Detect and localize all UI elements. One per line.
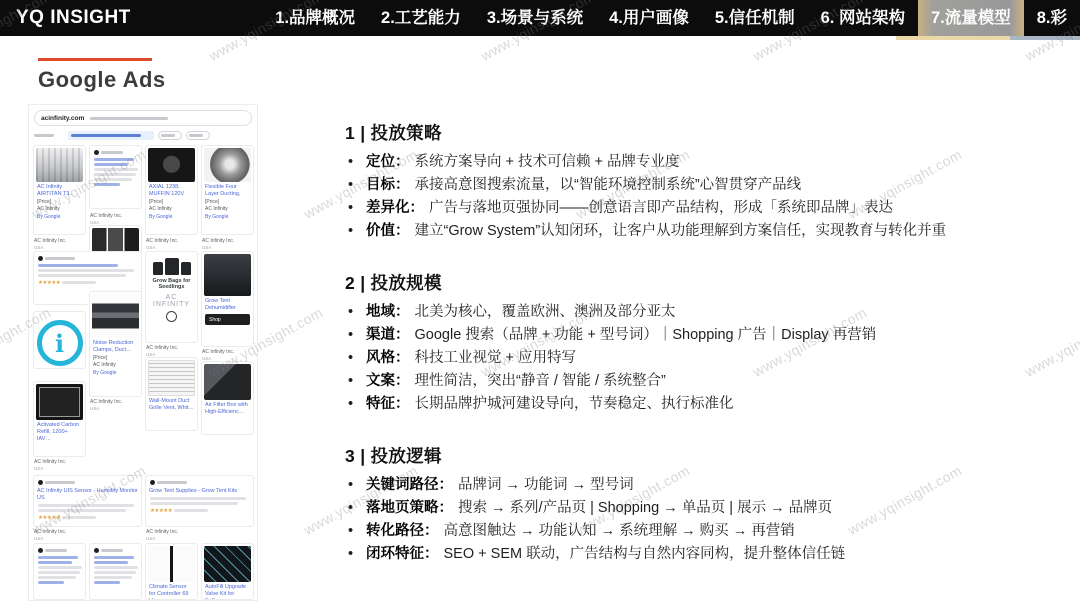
advertiser-name: AC Infinity Inc. <box>202 349 234 356</box>
brand-name: AC INFINITY <box>148 294 195 308</box>
ad-price: [Price] <box>149 199 194 206</box>
text-line <box>45 257 75 260</box>
text-line <box>94 561 128 564</box>
ad-header-row <box>150 479 249 486</box>
advertiser-avatar <box>38 548 43 553</box>
bullet-list: • 地域： 北美为核心，覆盖欧洲、澳洲及部分亚太 • 渠道： Google 搜索… <box>345 301 1017 416</box>
bullet-label: 闭环特征： <box>366 543 439 566</box>
shop-button[interactable]: Shop <box>205 314 250 325</box>
text-line <box>94 576 132 579</box>
bullet-label: 地域： <box>366 301 410 324</box>
bullet-item: • 转化路径： 高意图触达 → 功能认知 → 系统理解 → 购买 → 再营销 <box>345 520 1017 543</box>
nav-item-label: 8.彩 <box>1037 9 1067 27</box>
text-line <box>45 481 75 484</box>
ad-title-link[interactable]: Grow Tent Dehumidifier <box>205 298 250 312</box>
ad-title-link[interactable]: AC Infinity AIRTITAN T3.. <box>37 184 82 198</box>
ad-card-wallmount[interactable]: Wall-Mount Duct Grille Vent, Whit… <box>145 357 198 431</box>
nav-item[interactable]: 4.用户画像 <box>596 0 702 36</box>
text-line <box>101 151 123 154</box>
google-ads-screenshot-panel: acinfinity.com AC Infinity AIRTITAN T3..… <box>28 104 258 601</box>
advertiser-name: AC Infinity Inc. <box>202 238 234 245</box>
bullet-label: 差异化： <box>366 197 424 220</box>
brand-caption: Grow Bags for Seedlings <box>148 278 195 290</box>
grow-bag-shape <box>153 262 163 275</box>
ad-product-image <box>204 254 251 296</box>
text-line <box>101 549 123 552</box>
advertiser-region: USA <box>146 352 178 359</box>
bullet-list: • 定位： 系统方案导向 + 技术可信赖 + 品牌专业度 • 目标： 承接高意图… <box>345 151 1017 243</box>
ad-header-row <box>38 547 81 554</box>
ad-footer: AC Infinity Inc.USA <box>90 399 122 412</box>
ad-product-image <box>204 148 251 182</box>
ad-advertiser: AC Infinity <box>93 362 138 369</box>
grow-bag-shape <box>181 262 191 275</box>
grow-bag-shape <box>165 258 179 275</box>
text-line <box>174 509 208 512</box>
section-heading: 3 | 投放逻辑 <box>345 443 1017 468</box>
watermark-text: www.yqinsight.com <box>1022 304 1080 380</box>
ad-footer: AC Infinity Inc.USA <box>146 238 178 251</box>
brand-logo: YQ INSIGHT <box>16 7 131 29</box>
ad-footer: AC Infinity Inc.USA <box>146 345 178 358</box>
text-line <box>94 581 120 584</box>
nav-item-label: 7.流量模型 <box>931 9 1011 27</box>
bullet-text: 广告与落地页强协同——创意语言即产品结构，形成「系统即品牌」表达 <box>429 197 893 220</box>
ad-title-link[interactable]: Flexible Four Layer Ducting, 2… <box>205 184 250 198</box>
bullet-text: SEO + SEM 联动，广告结构与自然内容同构，提升整体信任链 <box>444 543 846 566</box>
text-line <box>38 504 134 507</box>
ad-card-carbon[interactable]: Activated Carbon Refill, 1200+ IAV… <box>33 381 86 457</box>
section-heading: 1 | 投放策略 <box>345 120 1017 145</box>
ad-by-google: By Google <box>93 370 138 377</box>
ad-title-link[interactable]: Activated Carbon Refill, 1200+ IAV… <box>37 422 82 443</box>
text-line <box>94 178 132 181</box>
text-line <box>94 158 134 161</box>
advertiser-region: USA <box>146 536 178 543</box>
bullet-label: 特征： <box>366 393 410 416</box>
bullet-text: 北美为核心，覆盖欧洲、澳洲及部分亚太 <box>415 301 676 324</box>
ad-card-dehumidifier[interactable]: Grow Tent DehumidifierShop <box>201 251 254 347</box>
ads-filter-toolbar <box>34 129 252 141</box>
top-navbar: YQ INSIGHT 1.品牌概况 2.工艺能力 3.场景与系统 4.用户画像 <box>0 0 1080 36</box>
ad-title-link[interactable]: Wall-Mount Duct Grille Vent, Whit… <box>149 398 194 412</box>
nav-item-label: 5.信任机制 <box>715 9 795 27</box>
advertiser-avatar <box>38 480 43 485</box>
ad-product-image <box>148 546 195 582</box>
ad-title-link[interactable]: Air Filter Box with High-Efficienc… <box>205 402 250 416</box>
ad-price: [Price] <box>205 199 250 206</box>
ad-by-google: By Google <box>205 214 250 221</box>
advertiser-region: USA <box>90 220 122 227</box>
bullet-label: 文案： <box>366 370 410 393</box>
nav-item-label: 4.用户画像 <box>609 9 689 27</box>
ad-product-image <box>204 546 251 582</box>
nav-item[interactable]: 1.品牌概况 <box>262 0 368 36</box>
text-line <box>38 556 78 559</box>
bullet-item: • 风格： 科技工业视觉 + 应用特写 <box>345 347 1017 370</box>
ad-card-growkits[interactable]: Grow Tent Supplies - Grow Tent Kits★★★★★ <box>145 475 254 527</box>
advertiser-avatar <box>150 480 155 485</box>
nav-item[interactable]: 7.流量模型 <box>918 0 1024 36</box>
text-line <box>38 274 126 277</box>
advertiser-name: AC Infinity Inc. <box>146 529 178 536</box>
ad-card-ducting[interactable]: Flexible Four Layer Ducting, 2…[Price]AC… <box>201 145 254 235</box>
bullet-item: • 目标： 承接高意图搜索流量，以“智能环境控制系统”心智贯穿产品线 <box>345 174 1017 197</box>
bullet-text: 科技工业视觉 + 应用特写 <box>415 347 577 370</box>
ad-card-textad1[interactable] <box>89 145 142 209</box>
section-scale: 2 | 投放规模 • 地域： 北美为核心，覆盖欧洲、澳洲及部分亚太 • 渠道： … <box>345 270 1017 416</box>
ad-title-link[interactable]: AXIAL 1238, MUFFIN 120V AC… <box>149 184 194 198</box>
text-line <box>38 576 76 579</box>
advertiser-region: USA <box>202 245 234 252</box>
text-line <box>38 571 80 574</box>
bullet-item: • 价值： 建立“Grow System”认知闭环，让客户从功能理解到方案信任，… <box>345 220 1017 243</box>
section-logic: 3 | 投放逻辑 • 关键词路径： 品牌词 → 功能词 → 型号词 • 落地页策… <box>345 443 1017 566</box>
bullet-text: 高意图触达 → 功能认知 → 系统理解 → 购买 → 再营销 <box>444 520 795 543</box>
text-line <box>38 566 82 569</box>
bullet-item: • 关键词路径： 品牌词 → 功能词 → 型号词 <box>345 474 1017 497</box>
ad-footer: AC Infinity Inc.USA <box>34 529 66 542</box>
text-line <box>94 556 134 559</box>
star-rating: ★★★★★ <box>150 508 172 514</box>
bullet-label: 落地页策略： <box>366 497 453 520</box>
ad-title-link[interactable]: Climate Sensor for Controller 69 H… <box>149 584 194 600</box>
text-line <box>62 281 96 284</box>
text-line <box>38 509 126 512</box>
advertiser-avatar <box>94 548 99 553</box>
ad-product-image <box>148 360 195 396</box>
ad-card-textad3[interactable] <box>89 543 142 600</box>
bullet-marker: • <box>345 347 366 370</box>
star-rating: ★★★★★ <box>38 280 60 286</box>
ad-card-brand[interactable]: Grow Bags for SeedlingsAC INFINITY <box>145 251 198 343</box>
ad-rating-row: ★★★★★ <box>150 507 249 514</box>
advertiser-region: USA <box>202 356 234 363</box>
bullet-text: 长期品牌护城河建设导向，节奏稳定、执行标准化 <box>415 393 734 416</box>
ad-footer: AC Infinity Inc.USA <box>202 349 234 362</box>
sort-dropdown[interactable] <box>186 131 210 140</box>
bullet-item: • 特征： 长期品牌护城河建设导向，节奏稳定、执行标准化 <box>345 393 1017 416</box>
ad-footer: AC Infinity Inc.USA <box>90 213 122 226</box>
bullet-item: • 渠道： Google 搜索（品牌 + 功能 + 型号词）｜Shopping … <box>345 324 1017 347</box>
nav-highlight-glow <box>896 36 1010 40</box>
ad-product-image <box>36 384 83 420</box>
nav-item[interactable]: 6. 网站架构 <box>808 0 918 36</box>
nav-item[interactable]: 5.信任机制 <box>702 0 808 36</box>
ad-header-row <box>38 479 137 486</box>
text-line <box>94 163 128 166</box>
bullet-item: • 地域： 北美为核心，覆盖欧洲、澳洲及部分亚太 <box>345 301 1017 324</box>
advertiser-name: AC Infinity Inc. <box>34 459 66 466</box>
format-dropdown[interactable] <box>158 131 182 140</box>
results-count <box>34 134 54 137</box>
nav-item-label: 2.工艺能力 <box>381 9 461 27</box>
nav-menu: 1.品牌概况 2.工艺能力 3.场景与系统 4.用户画像 5.信任机制 <box>262 0 1080 36</box>
page-title: Google Ads <box>38 67 166 93</box>
bullet-text: 理性简洁，突出“静音 / 智能 / 系统整合” <box>415 370 666 393</box>
bullet-item: • 闭环特征： SEO + SEM 联动，广告结构与自然内容同构，提升整体信任链 <box>345 543 1017 566</box>
ads-grid: AC Infinity AIRTITAN T3..[Price]AC Infin… <box>33 145 253 598</box>
advertiser-name: AC Infinity Inc. <box>146 238 178 245</box>
nav-item-label: 3.场景与系统 <box>487 9 583 27</box>
page-title-block: Google Ads <box>38 58 166 93</box>
ad-card-autofill[interactable]: AutoFill Upgrade Valve Kit for Self… <box>201 543 254 600</box>
bullet-text: 建立“Grow System”认知闭环，让客户从功能理解到方案信任，实现教育与转… <box>415 220 947 243</box>
bullet-text: 搜索 → 系列/产品页 | Shopping → 单品页 | 展示 → 品牌页 <box>458 497 832 520</box>
nav-item[interactable]: 8.彩 <box>1024 0 1080 36</box>
ad-footer: AC Infinity Inc.USA <box>146 529 178 542</box>
bullet-label: 关键词路径： <box>366 474 453 497</box>
bullet-marker: • <box>345 174 366 197</box>
nav-edge-glow <box>1010 36 1080 40</box>
ad-footer: AC Infinity Inc.USA <box>202 238 234 251</box>
ad-footer: AC Infinity Inc.USA <box>34 459 66 472</box>
text-line <box>150 502 238 505</box>
text-line <box>157 481 187 484</box>
bullet-label: 定位： <box>366 151 410 174</box>
text-line <box>45 549 67 552</box>
ad-card-axial[interactable]: AXIAL 1238, MUFFIN 120V AC…[Price]AC Inf… <box>145 145 198 235</box>
ad-card-uis[interactable]: AC Infinity UIS Sensor - Humidity Monito… <box>33 475 142 527</box>
title-accent-line <box>38 58 152 61</box>
bullet-marker: • <box>345 497 366 520</box>
advertiser-name: AC Infinity Inc. <box>146 345 178 352</box>
bullet-label: 目标： <box>366 174 410 197</box>
section-strategy: 1 | 投放策略 • 定位： 系统方案导向 + 技术可信赖 + 品牌专业度 • … <box>345 120 1017 243</box>
text-line <box>38 264 118 267</box>
bullet-label: 风格： <box>366 347 410 370</box>
info-icon[interactable]: i <box>37 320 83 366</box>
text-line <box>38 561 72 564</box>
ad-headline-link[interactable]: AC Infinity UIS Sensor - Humidity Monito… <box>37 488 138 502</box>
text-line <box>150 497 246 500</box>
ad-price: [Price] <box>37 199 82 206</box>
advertiser-domain: acinfinity.com <box>41 115 84 122</box>
bullet-marker: • <box>345 301 366 324</box>
advertiser-avatar <box>38 256 43 261</box>
bullet-item: • 落地页策略： 搜索 → 系列/产品页 | Shopping → 单品页 | … <box>345 497 1017 520</box>
text-line <box>94 173 136 176</box>
ad-header-row <box>94 149 137 156</box>
ad-card-noise[interactable]: Noise Reduction Clamps, Duct…[Price]AC I… <box>89 291 142 397</box>
text-line <box>38 269 134 272</box>
ad-headline-link[interactable]: Grow Tent Supplies - Grow Tent Kits <box>149 488 250 495</box>
ad-by-google: By Google <box>37 214 82 221</box>
advertiser-name: AC Infinity Inc. <box>90 213 122 220</box>
bullet-marker: • <box>345 520 366 543</box>
brand-product-shapes <box>148 258 195 275</box>
nav-item-label: 1.品牌概况 <box>275 9 355 27</box>
bullet-list: • 关键词路径： 品牌词 → 功能词 → 型号词 • 落地页策略： 搜索 → 系… <box>345 474 1017 566</box>
bullet-label: 渠道： <box>366 324 410 347</box>
ad-card-airtitan[interactable]: AC Infinity AIRTITAN T3..[Price]AC Infin… <box>33 145 86 235</box>
ad-card-textad2[interactable] <box>33 543 86 600</box>
bullet-text: 系统方案导向 + 技术可信赖 + 品牌专业度 <box>415 151 680 174</box>
section-heading: 2 | 投放规模 <box>345 270 1017 295</box>
bullet-marker: • <box>345 543 366 566</box>
ad-by-google: By Google <box>149 214 194 221</box>
text-line <box>94 183 120 186</box>
advertiser-region: USA <box>34 536 66 543</box>
bullet-marker: • <box>345 151 366 174</box>
ad-header-row <box>38 255 137 262</box>
advertiser-name: AC Infinity Inc. <box>34 529 66 536</box>
bullet-text: 承接高意图搜索流量，以“智能环境控制系统”心智贯穿产品线 <box>415 174 802 197</box>
bullet-item: • 差异化： 广告与落地页强协同——创意语言即产品结构，形成「系统即品牌」表达 <box>345 197 1017 220</box>
nav-item[interactable]: 2.工艺能力 <box>368 0 474 36</box>
text-line <box>94 168 138 171</box>
bullet-marker: • <box>345 197 366 220</box>
ad-rating-row: ★★★★★ <box>38 279 137 286</box>
bullet-label: 转化路径： <box>366 520 439 543</box>
advertiser-region: USA <box>90 406 122 413</box>
nav-item[interactable]: 3.场景与系统 <box>474 0 596 36</box>
search-bar-caption <box>90 117 168 120</box>
ad-advertiser: AC Infinity <box>205 206 250 213</box>
bullet-marker: • <box>345 393 366 416</box>
date-range-chip[interactable] <box>68 131 154 140</box>
ad-title-link[interactable]: AutoFill Upgrade Valve Kit for Self… <box>205 584 250 600</box>
ad-title-link[interactable]: Noise Reduction Clamps, Duct… <box>93 340 138 354</box>
ad-footer: AC Infinity Inc.USA <box>34 238 66 251</box>
text-line <box>94 571 136 574</box>
bullet-label: 价值： <box>366 220 410 243</box>
star-rating: ★★★★★ <box>38 515 60 521</box>
text-line <box>62 516 96 519</box>
ad-price: [Price] <box>93 355 138 362</box>
bullet-marker: • <box>345 474 366 497</box>
ad-card-climate[interactable]: Climate Sensor for Controller 69 H… <box>145 543 198 600</box>
advertiser-region: USA <box>34 245 66 252</box>
text-line <box>94 566 138 569</box>
ad-card-info[interactable]: i <box>33 311 86 369</box>
bullet-item: • 文案： 理性简洁，突出“静音 / 智能 / 系统整合” <box>345 370 1017 393</box>
advertiser-search-bar[interactable]: acinfinity.com <box>34 110 252 126</box>
ad-product-image <box>92 294 139 338</box>
bullet-text: Google 搜索（品牌 + 功能 + 型号词）｜Shopping 广告｜Dis… <box>415 324 877 347</box>
ad-card-airfilter[interactable]: Air Filter Box with High-Efficienc… <box>201 361 254 435</box>
bullet-text: 品牌词 → 功能词 → 型号词 <box>458 474 634 497</box>
advertiser-name: AC Infinity Inc. <box>90 399 122 406</box>
slide: YQ INSIGHT 1.品牌概况 2.工艺能力 3.场景与系统 4.用户画像 <box>0 0 1080 608</box>
nav-item-label: 6. 网站架构 <box>821 9 905 27</box>
text-line <box>38 581 64 584</box>
bullet-marker: • <box>345 324 366 347</box>
ad-advertiser: AC Infinity <box>37 206 82 213</box>
bullet-marker: • <box>345 220 366 243</box>
ad-rating-row: ★★★★★ <box>38 514 137 521</box>
advertiser-region: USA <box>34 466 66 473</box>
ad-product-image <box>148 148 195 182</box>
ad-header-row <box>94 547 137 554</box>
advertiser-avatar <box>94 150 99 155</box>
advertiser-name: AC Infinity Inc. <box>34 238 66 245</box>
main-content: 1 | 投放策略 • 定位： 系统方案导向 + 技术可信赖 + 品牌专业度 • … <box>345 120 1017 593</box>
bullet-item: • 定位： 系统方案导向 + 技术可信赖 + 品牌专业度 <box>345 151 1017 174</box>
bullet-marker: • <box>345 370 366 393</box>
ad-product-image <box>204 364 251 400</box>
play-button[interactable] <box>166 311 177 322</box>
ad-product-image <box>36 148 83 182</box>
ad-advertiser: AC Infinity <box>149 206 194 213</box>
advertiser-region: USA <box>146 245 178 252</box>
